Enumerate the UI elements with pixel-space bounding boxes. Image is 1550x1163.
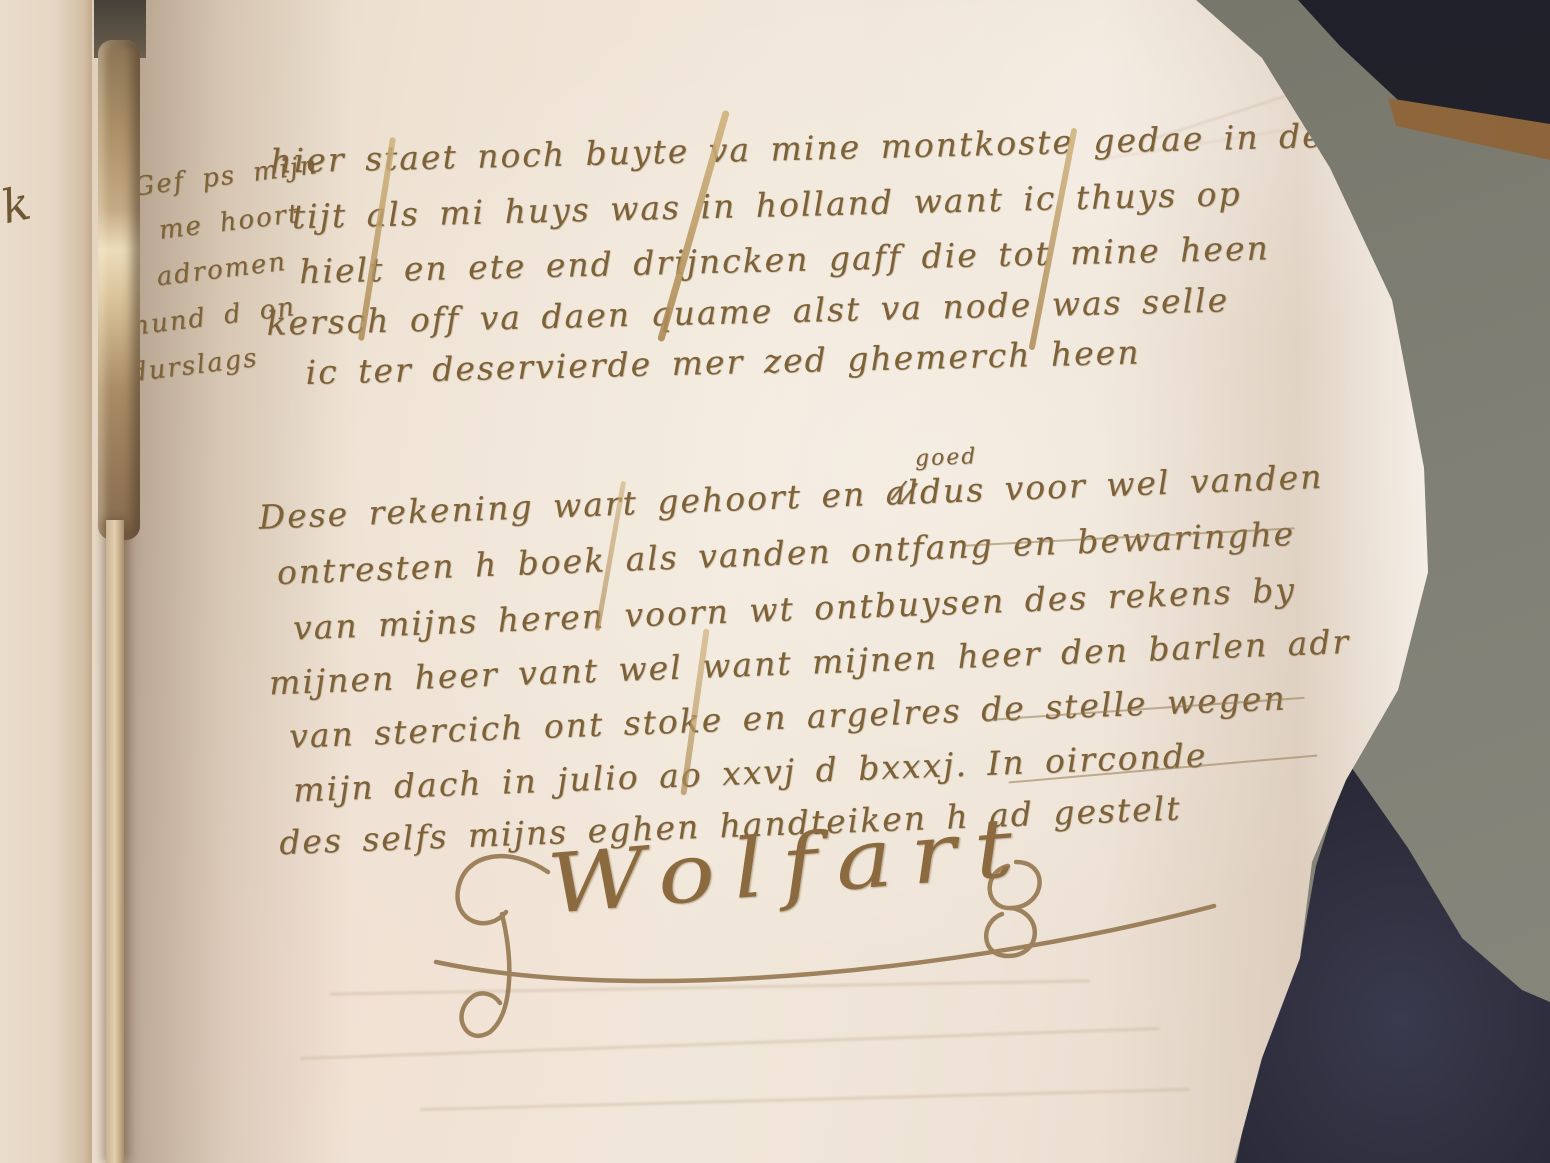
manuscript-photo: k 69 Gef ps mijn d me hoort h adromen hu… xyxy=(0,0,1550,1163)
parchment-sewing-guard xyxy=(98,40,140,540)
facing-page-ink-mark: k xyxy=(0,176,35,235)
gutter-fold xyxy=(106,520,124,1163)
folio-number: 69 xyxy=(1285,59,1337,110)
binding-gutter xyxy=(94,0,146,1163)
facing-page: k xyxy=(0,0,98,1163)
